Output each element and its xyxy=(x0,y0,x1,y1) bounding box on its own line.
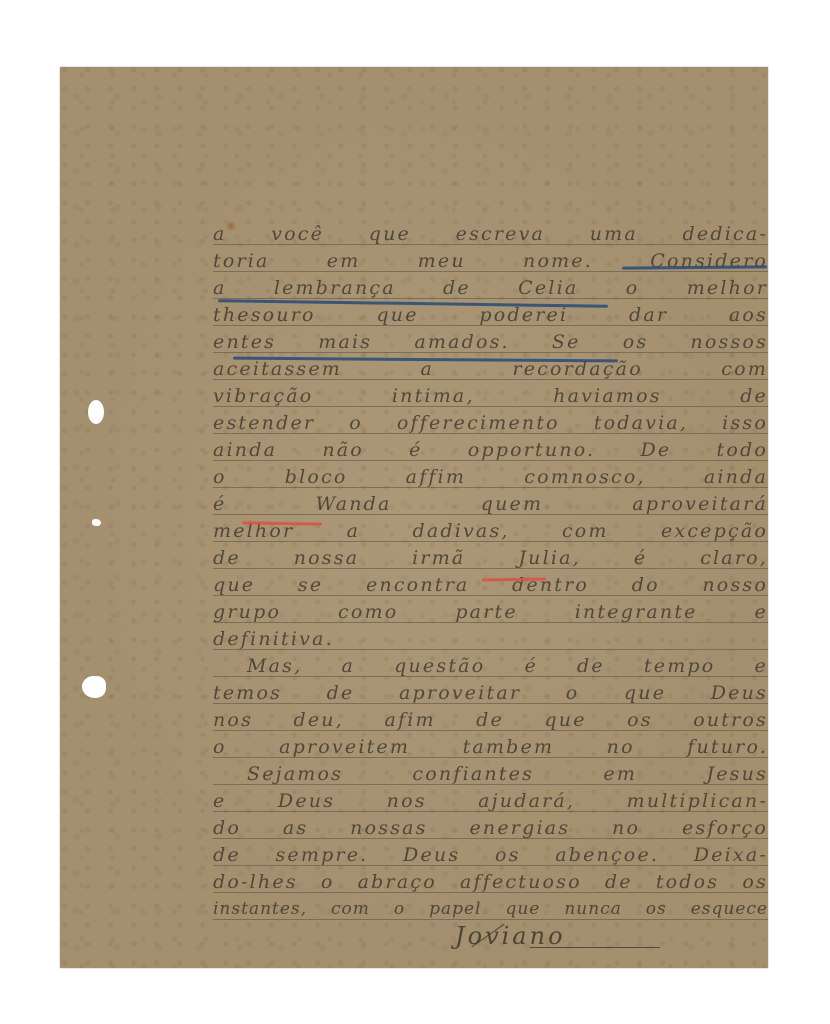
letter-line: do as nossas energias no esforço xyxy=(213,816,768,840)
signature-underline xyxy=(530,947,660,948)
letter-line: vibração intima, haviamos de xyxy=(213,384,768,408)
letter-line: toria em meu nome. Considero xyxy=(213,249,768,273)
letter-line: e Deus nos ajudará, multiplican- xyxy=(213,789,768,813)
punch-hole-middle xyxy=(92,519,101,526)
letter-line: o bloco affim comnosco, ainda xyxy=(213,465,768,489)
letter-line: temos de aproveitar o que Deus xyxy=(213,681,768,705)
letter-line: de nossa irmã Julia, é claro, xyxy=(213,546,768,570)
letter-line: Sejamos confiantes em Jesus xyxy=(213,762,768,786)
letter-line: ainda não é opportuno. De todo xyxy=(213,438,768,462)
letter-line: instantes, com o papel que nunca os esqu… xyxy=(213,897,768,921)
letter-line: a você que escreva uma dedica- xyxy=(213,222,768,246)
punch-hole-bottom xyxy=(82,676,106,698)
letter-line: que se encontra dentro do nosso xyxy=(213,573,768,597)
letter-line: a lembrança de Celia o melhor xyxy=(213,276,768,300)
letter-line: thesouro que poderei dar aos xyxy=(213,303,768,327)
letter-line: é Wanda quem aproveitará xyxy=(213,492,768,516)
letter-line: de sempre. Deus os abençoe. Deixa- xyxy=(213,843,768,867)
letter-line: nos deu, afim de que os outros xyxy=(213,708,768,732)
letter-line: estender o offerecimento todavia, isso xyxy=(213,411,768,435)
letter-line: entes mais amados. Se os nossos xyxy=(213,330,768,354)
letter-line: o aproveitem tambem no futuro. xyxy=(213,735,768,759)
letter-line: Mas, a questão é de tempo e xyxy=(213,654,768,678)
punch-hole-top xyxy=(88,400,104,424)
signature: Joviano xyxy=(455,922,566,950)
letter-line: definitiva. xyxy=(213,627,768,651)
letter-line: do-lhes o abraço affectuoso de todos os xyxy=(213,870,768,894)
letter-line: grupo como parte integrante e xyxy=(213,600,768,624)
